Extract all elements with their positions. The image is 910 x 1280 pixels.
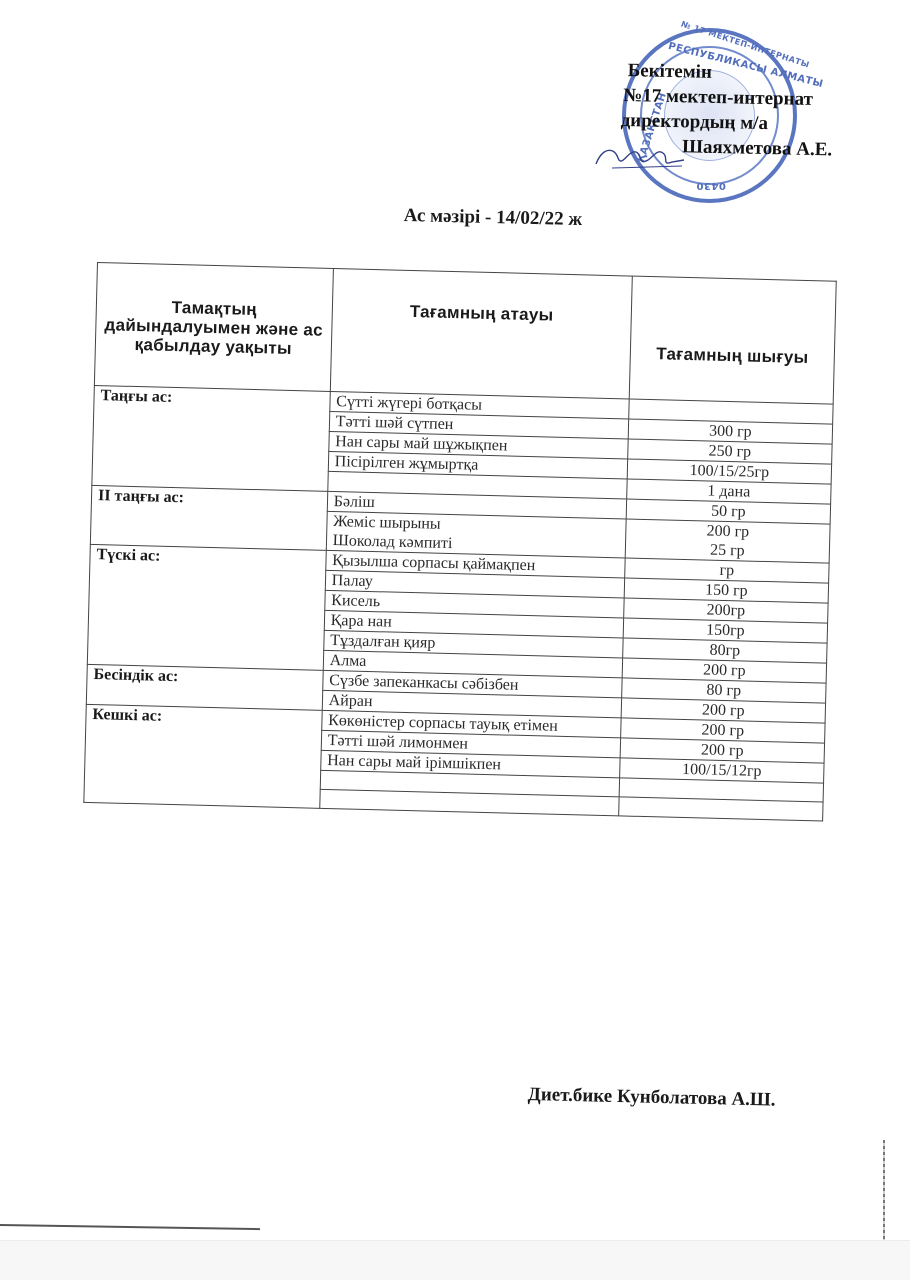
scan-artifact-line <box>0 1224 260 1230</box>
viewer-bottom-strip <box>0 1240 910 1280</box>
signature-icon <box>592 138 687 172</box>
meal-time-label: II таңғы ас: <box>90 485 327 550</box>
scanned-page: № 17 МЕКТЕП-ИНТЕРНАТЫ РЕСПУБЛИКАСЫ АЛМАТ… <box>0 0 910 1240</box>
scan-artifact-edge <box>883 1140 885 1240</box>
stamp-bottom-text: 0430 <box>696 180 726 191</box>
menu-table-wrapper: Тамақтың дайындалуымен және ас қабылдау … <box>83 262 836 822</box>
meal-time-label: Бесіндік ас: <box>86 664 323 710</box>
menu-table-body: Таңғы ас:Сүтті жүгері ботқасыТәтті шәй с… <box>84 385 833 821</box>
table-header-row: Тамақтың дайындалуымен және ас қабылдау … <box>94 263 836 405</box>
dish-yield <box>619 797 823 821</box>
meal-time-label: Кешкі ас: <box>84 704 322 808</box>
menu-table: Тамақтың дайындалуымен және ас қабылдау … <box>83 262 836 822</box>
approval-director-name: Шаяхметова А.Е. <box>682 134 833 162</box>
dish-yield: 200 гр 25 гр <box>625 519 830 563</box>
dish-name: Жеміс шырыны Шоколад кәмпиті <box>326 511 626 558</box>
header-time: Тамақтың дайындалуымен және ас қабылдау … <box>94 263 333 392</box>
meal-time-label: Түскі ас: <box>87 544 326 670</box>
document-title: Ас мәзірі - 14/02/22 ж <box>404 205 583 231</box>
header-yield: Тағамның шығуы <box>629 276 836 404</box>
dietitian-signature: Диет.бике Кунболатова А.Ш. <box>528 1084 776 1112</box>
header-yield-text: Тағамның шығуы <box>637 343 828 367</box>
header-dish-name-text: Тағамның атауы <box>338 300 625 326</box>
header-dish-name: Тағамның атауы <box>330 268 632 399</box>
meal-time-label: Таңғы ас: <box>92 385 330 491</box>
approval-position: директордың м/а <box>620 108 833 137</box>
